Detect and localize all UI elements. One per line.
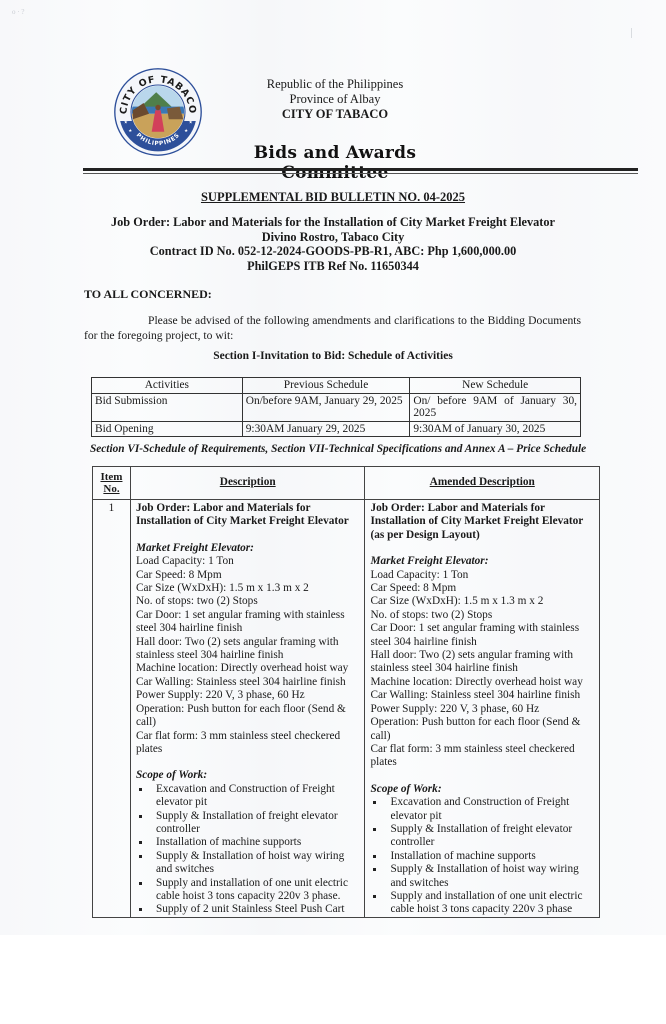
activity-cell: Bid Submission (92, 393, 243, 421)
spec-line: Car Size (WxDxH): 1.5 m x 1.3 m x 2 (370, 595, 595, 608)
amended-description-cell: Job Order: Labor and Materials for Insta… (365, 500, 600, 918)
schedule-of-activities-table: Activities Previous Schedule New Schedul… (91, 377, 581, 437)
col-new-schedule: New Schedule (410, 378, 581, 394)
original-title: Job Order: Labor and Materials for Insta… (136, 502, 361, 529)
spec-line: Machine location: Directly overhead hois… (370, 676, 595, 689)
spec-line: Car flat form: 3 mm stainless steel chec… (136, 730, 361, 757)
city-seal-logo: CITY OF TABACO PHILIPPINES ★★ ★★ (113, 67, 203, 157)
contract-id: Contract ID No. 052-12-2024-GOODS-PB-R1,… (80, 244, 586, 259)
section-6-title: Section VI-Schedule of Requirements, Sec… (90, 443, 590, 455)
original-description-cell: Job Order: Labor and Materials for Insta… (130, 500, 365, 918)
header-republic: Republic of the Philippines (200, 77, 470, 92)
scan-edge-mark (631, 28, 632, 38)
project-location: Divino Rostro, Tabaco City (80, 230, 586, 245)
intro-paragraph: Please be advised of the following amend… (84, 313, 581, 343)
items-header-row: Item No. Description Amended Description (93, 467, 600, 500)
spec-line: Power Supply: 220 V, 3 phase, 60 Hz (136, 689, 361, 702)
scope-item: Excavation and Construction of Freight e… (136, 783, 361, 810)
project-title: Job Order: Labor and Materials for the I… (80, 215, 586, 230)
salutation: TO ALL CONCERNED: (84, 287, 212, 302)
spec-line: Car Speed: 8 Mpm (370, 582, 595, 595)
previous-schedule-cell: On/before 9AM, January 29, 2025 (242, 393, 410, 421)
spec-line: No. of stops: two (2) Stops (370, 609, 595, 622)
col-description: Description (130, 467, 365, 500)
header-divider-thin (83, 173, 638, 174)
previous-schedule-cell: 9:30AM January 29, 2025 (242, 421, 410, 437)
new-schedule-cell: 9:30AM of January 30, 2025 (410, 421, 581, 437)
government-header: Republic of the Philippines Province of … (200, 77, 470, 122)
col-activities: Activities (92, 378, 243, 394)
table-row: Bid Submission On/before 9AM, January 29… (92, 393, 581, 421)
spec-line: Load Capacity: 1 Ton (136, 555, 361, 568)
spec-line: Car Door: 1 set angular framing with sta… (370, 622, 595, 649)
original-spec-heading: Market Freight Elevator: (136, 542, 361, 555)
spec-line: Hall door: Two (2) sets angular framing … (370, 649, 595, 676)
scope-item: Supply and installation of one unit elec… (136, 877, 361, 904)
header-province: Province of Albay (200, 92, 470, 107)
table-row: Bid Opening 9:30AM January 29, 2025 9:30… (92, 421, 581, 437)
original-spec-list: Load Capacity: 1 TonCar Speed: 8 MpmCar … (136, 555, 361, 756)
scope-item: Installation of machine supports (370, 850, 595, 863)
activity-cell: Bid Opening (92, 421, 243, 437)
original-scope-heading: Scope of Work: (136, 769, 361, 782)
scan-corner-mark: o · ? (12, 8, 24, 16)
project-info: Job Order: Labor and Materials for the I… (80, 215, 586, 273)
spec-line: Machine location: Directly overhead hois… (136, 662, 361, 675)
spec-line: Operation: Push button for each floor (S… (370, 716, 595, 743)
spec-line: Car Walling: Stainless steel 304 hairlin… (136, 676, 361, 689)
amended-scope-list: Excavation and Construction of Freight e… (370, 796, 595, 917)
header-city: CITY OF TABACO (200, 107, 470, 122)
amended-spec-list: Load Capacity: 1 TonCar Speed: 8 MpmCar … (370, 569, 595, 770)
col-amended-description: Amended Description (365, 467, 600, 500)
bulletin-title: SUPPLEMENTAL BID BULLETIN NO. 04-2025 (0, 190, 666, 205)
philgeps-ref: PhilGEPS ITB Ref No. 11650344 (80, 259, 586, 274)
spec-line: Hall door: Two (2) sets angular framing … (136, 636, 361, 663)
item-number: 1 (93, 500, 131, 918)
committee-title: Bids and Awards Committee (200, 143, 470, 183)
scope-item: Supply & Installation of hoist way wirin… (136, 850, 361, 877)
amended-scope-heading: Scope of Work: (370, 783, 595, 796)
col-previous-schedule: Previous Schedule (242, 378, 410, 394)
scope-item: Supply and installation of one unit elec… (370, 890, 595, 917)
scope-item: Supply & Installation of freight elevato… (370, 823, 595, 850)
svg-text:★: ★ (128, 128, 132, 134)
col-item-no: Item No. (93, 467, 131, 500)
section-1-title: Section I-Invitation to Bid: Schedule of… (0, 350, 666, 362)
amended-title: Job Order: Labor and Materials for Insta… (370, 502, 595, 542)
spec-line: Operation: Push button for each floor (S… (136, 703, 361, 730)
spec-line: Car Speed: 8 Mpm (136, 569, 361, 582)
amended-spec-heading: Market Freight Elevator: (370, 555, 595, 568)
spec-line: Load Capacity: 1 Ton (370, 569, 595, 582)
scope-item: Excavation and Construction of Freight e… (370, 796, 595, 823)
technical-specifications-table: Item No. Description Amended Description… (92, 466, 600, 918)
new-schedule-cell: On/ before 9AM of January 30, 2025 (410, 393, 581, 421)
scope-item: Supply & Installation of freight elevato… (136, 810, 361, 837)
spec-line: Power Supply: 220 V, 3 phase, 60 Hz (370, 703, 595, 716)
spec-line: Car Walling: Stainless steel 304 hairlin… (370, 689, 595, 702)
spec-line: Car Door: 1 set angular framing with sta… (136, 609, 361, 636)
intro-text: Please be advised of the following amend… (84, 314, 581, 342)
svg-text:★: ★ (124, 120, 128, 126)
svg-text:★: ★ (189, 120, 193, 126)
spec-line: No. of stops: two (2) Stops (136, 595, 361, 608)
scope-item: Supply of 2 unit Stainless Steel Push Ca… (136, 903, 361, 916)
scope-item: Installation of machine supports (136, 836, 361, 849)
scope-item: Supply & Installation of hoist way wirin… (370, 863, 595, 890)
original-scope-list: Excavation and Construction of Freight e… (136, 783, 361, 917)
schedule-header-row: Activities Previous Schedule New Schedul… (92, 378, 581, 394)
svg-text:★: ★ (184, 128, 188, 134)
spec-line: Car Size (WxDxH): 1.5 m x 1.3 m x 2 (136, 582, 361, 595)
header-divider-thick (83, 168, 638, 171)
table-row: 1 Job Order: Labor and Materials for Ins… (93, 500, 600, 918)
spec-line: Car flat form: 3 mm stainless steel chec… (370, 743, 595, 770)
